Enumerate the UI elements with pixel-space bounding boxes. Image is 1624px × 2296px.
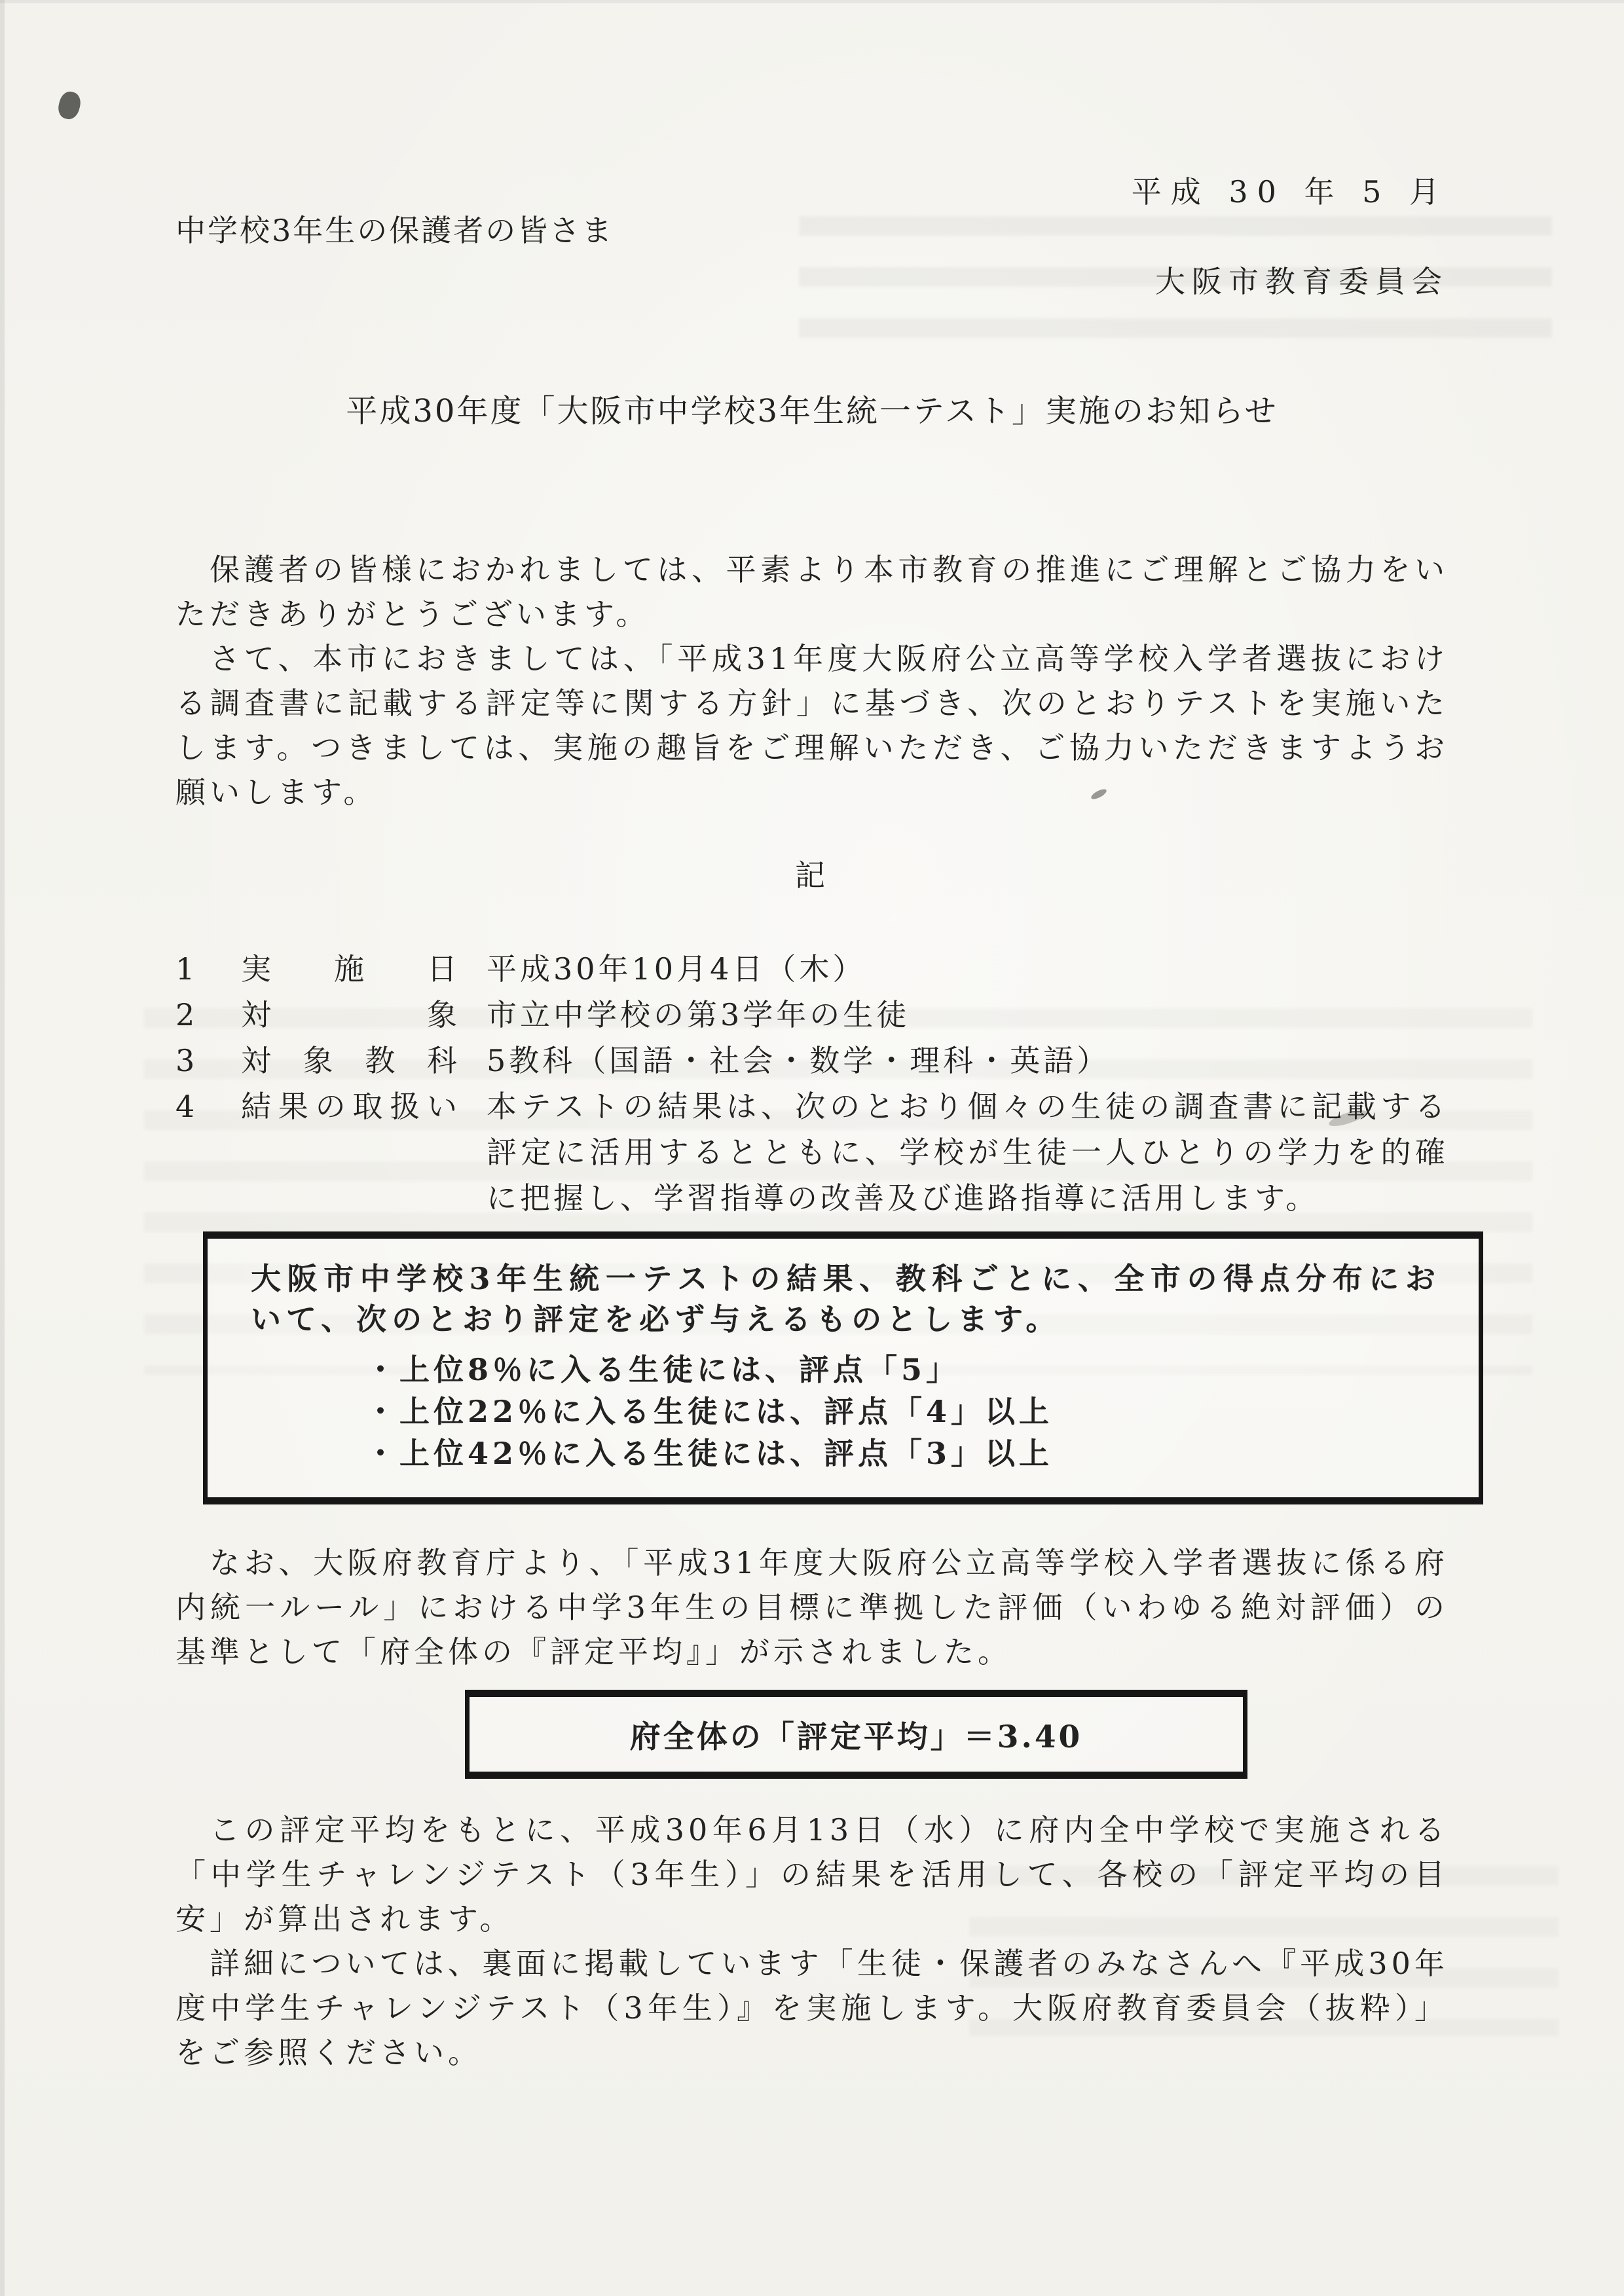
detail-row-result-handling: 4 結果の取扱い 本テストの結果は、次のとおり個々の生徒の調査書に記載する評定に… xyxy=(175,1084,1449,1221)
detail-label: 対象教科 xyxy=(241,1038,457,1084)
criteria-box: 大阪市中学校3年生統一テストの結果、教科ごとに、全市の得点分布において、次のとお… xyxy=(203,1231,1483,1504)
detail-number: 2 xyxy=(175,992,241,1038)
detail-row-implementation-date: 1 実施日 平成30年10月4日（木） xyxy=(175,946,1449,992)
average-box: 府全体の「評定平均」＝3.40 xyxy=(465,1690,1247,1779)
detail-row-subjects: 3 対象教科 5教科（国語・社会・数学・理科・英語） xyxy=(175,1038,1449,1084)
detail-label: 対象 xyxy=(241,992,457,1038)
issue-date: 平成 30 年 5 月 xyxy=(175,177,1449,207)
letter-content: 平成 30 年 5 月 中学校3年生の保護者の皆さま 大阪市教育委員会 平成30… xyxy=(0,0,1624,2075)
details-list: 1 実施日 平成30年10月4日（木） 2 対象 市立中学校の第3学年の生徒 3… xyxy=(175,946,1449,1221)
document-title: 平成30年度「大阪市中学校3年生統一テスト」実施のお知らせ xyxy=(175,392,1449,431)
detail-label: 結果の取扱い xyxy=(241,1084,457,1129)
sender-line: 大阪市教育委員会 xyxy=(175,263,1449,300)
intro-paragraph: さて、本市におきましては、「平成31年度大阪府公立高等学校入学者選抜における調査… xyxy=(175,636,1449,814)
detail-number: 1 xyxy=(175,946,241,992)
detail-number: 4 xyxy=(175,1084,241,1129)
criteria-bullet-list: ・上位8％に入る生徒には、評点「5」 ・上位22％に入る生徒には、評点「4」以上… xyxy=(365,1349,1441,1474)
detail-value: 市立中学校の第3学年の生徒 xyxy=(487,992,1449,1038)
criteria-box-heading: 大阪市中学校3年生統一テストの結果、教科ごとに、全市の得点分布において、次のとお… xyxy=(251,1258,1441,1339)
criteria-bullet-rank5: ・上位8％に入る生徒には、評点「5」 xyxy=(365,1349,1441,1391)
scanned-letter-page: 平成 30 年 5 月 中学校3年生の保護者の皆さま 大阪市教育委員会 平成30… xyxy=(0,0,1624,2296)
greeting-paragraph: 保護者の皆様におかれましては、平素より本市教育の推進にご理解とご協力をいただきあ… xyxy=(175,547,1449,636)
rule-paragraph: なお、大阪府教育庁より、「平成31年度大阪府公立高等学校入学者選抜に係る府内統一… xyxy=(175,1540,1449,1674)
criteria-bullet-rank3: ・上位42％に入る生徒には、評点「3」以上 xyxy=(365,1432,1441,1474)
detail-value: 5教科（国語・社会・数学・理科・英語） xyxy=(487,1038,1449,1084)
detail-value: 平成30年10月4日（木） xyxy=(487,946,1449,992)
average-box-text: 府全体の「評定平均」＝3.40 xyxy=(630,1713,1082,1757)
addressee-line: 中学校3年生の保護者の皆さま xyxy=(175,212,1449,249)
detail-label: 実施日 xyxy=(241,946,457,992)
reference-paragraph: 詳細については、裏面に掲載しています「生徒・保護者のみなさんへ『平成30年度中学… xyxy=(175,1941,1449,2075)
record-marker: 記 xyxy=(175,860,1449,890)
detail-value: 本テストの結果は、次のとおり個々の生徒の調査書に記載する評定に活用するとともに、… xyxy=(487,1084,1449,1221)
criteria-bullet-rank4: ・上位22％に入る生徒には、評点「4」以上 xyxy=(365,1391,1441,1432)
detail-row-target: 2 対象 市立中学校の第3学年の生徒 xyxy=(175,992,1449,1038)
challenge-paragraph: この評定平均をもとに、平成30年6月13日（水）に府内全中学校で実施される「中学… xyxy=(175,1808,1449,1941)
detail-number: 3 xyxy=(175,1038,241,1084)
